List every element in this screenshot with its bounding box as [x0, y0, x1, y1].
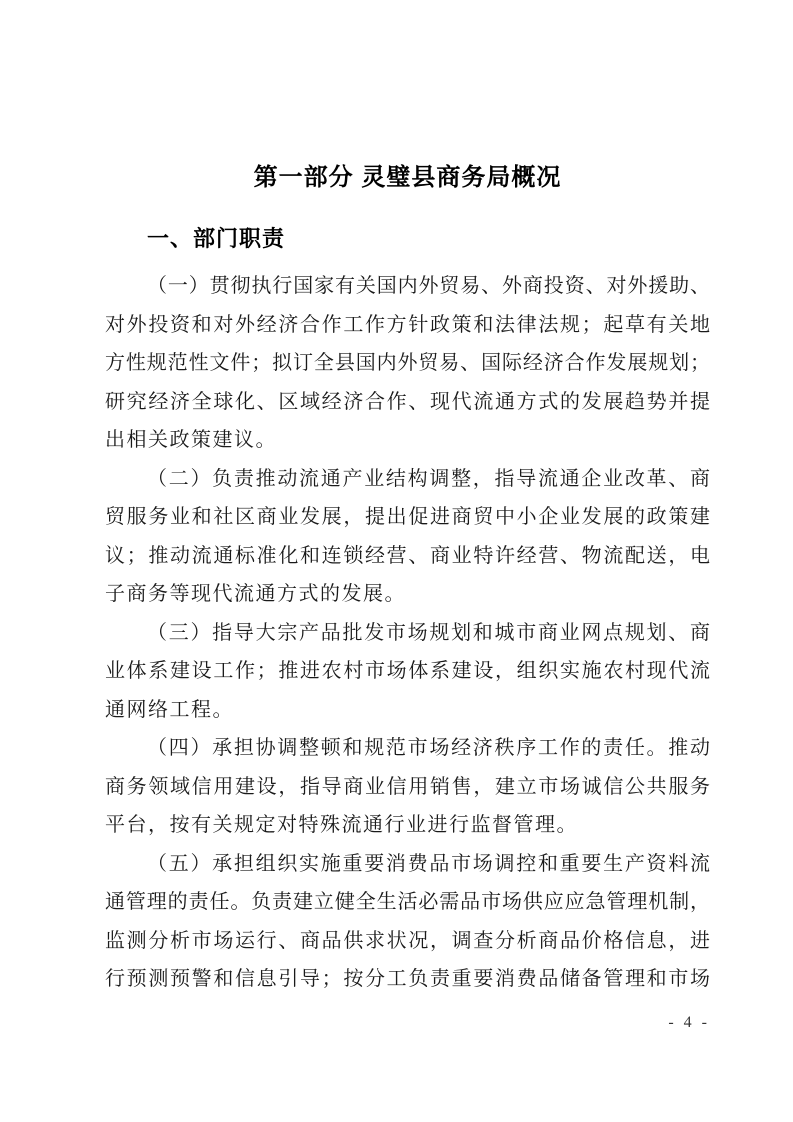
text-line: 商务领域信用建设，指导商业信用销售，建立市场诚信公共服务 [105, 768, 710, 807]
text-line: 通管理的责任。负责建立健全生活必需品市场供应应急管理机制， [105, 883, 710, 922]
paragraph-1: （一）贯彻执行国家有关国内外贸易、外商投资、对外援助、 对外投资和对外经济合作工… [105, 267, 710, 460]
paragraph-2: （二）负责推动流通产业结构调整，指导流通企业改革、商 贸服务业和社区商业发展，提… [105, 460, 710, 614]
text-line: 贸服务业和社区商业发展，提出促进商贸中小企业发展的政策建 [105, 498, 710, 537]
paragraph-4: （四）承担协调整顿和规范市场经济秩序工作的责任。推动 商务领域信用建设，指导商业… [105, 729, 710, 845]
page-number: - 4 - [105, 1011, 710, 1035]
document-title: 第一部分 灵璧县商务局概况 [105, 160, 710, 196]
document-body: （一）贯彻执行国家有关国内外贸易、外商投资、对外援助、 对外投资和对外经济合作工… [105, 267, 710, 999]
text-line: 行预测预警和信息引导；按分工负责重要消费品储备管理和市场 [105, 960, 710, 999]
text-line: 议；推动流通标准化和连锁经营、商业特许经营、物流配送，电 [105, 537, 710, 576]
text-line: 业体系建设工作；推进农村市场体系建设，组织实施农村现代流 [105, 652, 710, 691]
text-line: 子商务等现代流通方式的发展。 [105, 575, 710, 614]
section-heading: 一、部门职责 [105, 222, 710, 256]
paragraph-5: （五）承担组织实施重要消费品市场调控和重要生产资料流 通管理的责任。负责建立健全… [105, 845, 710, 999]
text-line: （二）负责推动流通产业结构调整，指导流通企业改革、商 [105, 460, 710, 499]
text-line: 研究经济全球化、区域经济合作、现代流通方式的发展趋势并提 [105, 383, 710, 422]
text-line: 出相关政策建议。 [105, 421, 710, 460]
document-page: 第一部分 灵璧县商务局概况 一、部门职责 （一）贯彻执行国家有关国内外贸易、外商… [0, 0, 793, 1122]
text-line: （三）指导大宗产品批发市场规划和城市商业网点规划、商 [105, 614, 710, 653]
text-line: （一）贯彻执行国家有关国内外贸易、外商投资、对外援助、 [105, 267, 710, 306]
text-line: （四）承担协调整顿和规范市场经济秩序工作的责任。推动 [105, 729, 710, 768]
text-line: 通网络工程。 [105, 691, 710, 730]
text-line: 方性规范性文件；拟订全县国内外贸易、国际经济合作发展规划； [105, 344, 710, 383]
text-line: 监测分析市场运行、商品供求状况，调查分析商品价格信息，进 [105, 922, 710, 961]
paragraph-3: （三）指导大宗产品批发市场规划和城市商业网点规划、商 业体系建设工作；推进农村市… [105, 614, 710, 730]
text-line: 平台，按有关规定对特殊流通行业进行监督管理。 [105, 806, 710, 845]
text-line: （五）承担组织实施重要消费品市场调控和重要生产资料流 [105, 845, 710, 884]
text-line: 对外投资和对外经济合作工作方针政策和法律法规；起草有关地 [105, 306, 710, 345]
